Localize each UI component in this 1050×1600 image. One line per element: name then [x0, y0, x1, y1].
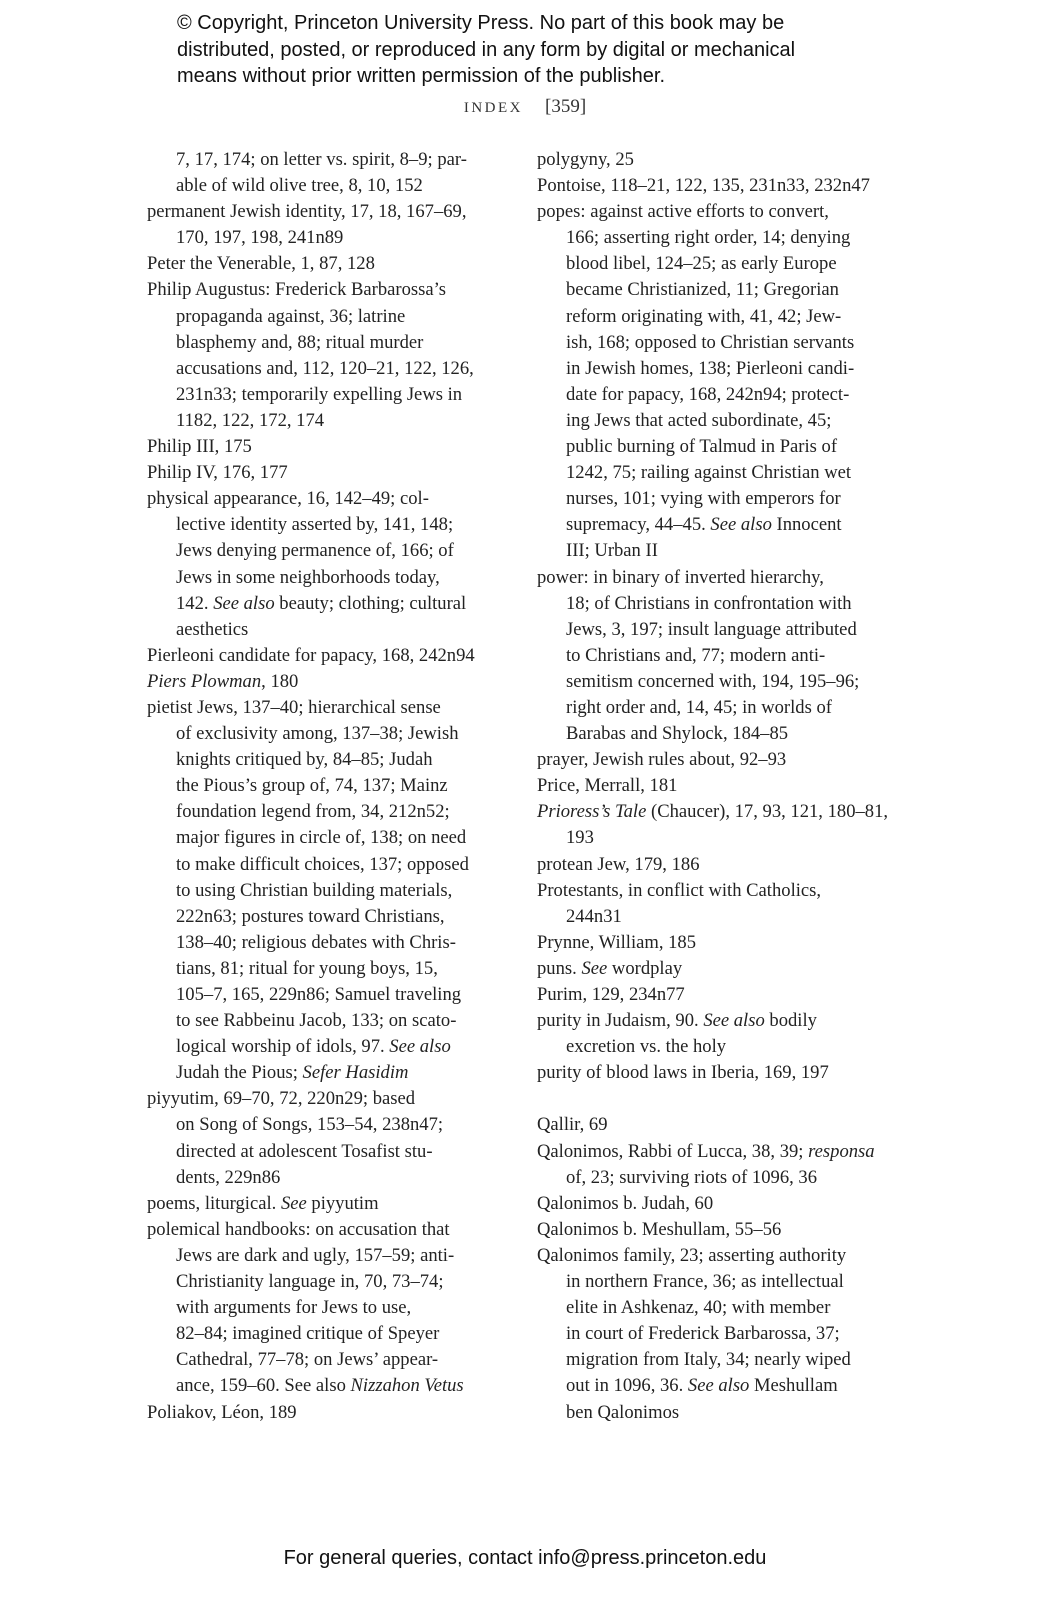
index-entry-line: in court of Frederick Barbarossa, 37; [566, 1321, 902, 1347]
index-entry-line: 138–40; religious debates with Chris- [176, 930, 507, 956]
index-entry: Pierleoni candidate for papacy, 168, 242… [147, 643, 507, 669]
index-column-left: 7, 17, 174; on letter vs. spirit, 8–9; p… [147, 147, 507, 1426]
index-entry: puns. See wordplay [537, 956, 902, 982]
index-entry-line: 142. See also beauty; clothing; cultural [176, 591, 507, 617]
index-entry-line: with arguments for Jews to use, [176, 1295, 507, 1321]
index-entry-line: Philip III, 175 [176, 434, 507, 460]
index-entry: permanent Jewish identity, 17, 18, 167–6… [147, 199, 507, 251]
index-entry-line: Prynne, William, 185 [566, 930, 902, 956]
index-entry-line: ance, 159–60. See also Nizzahon Vetus [176, 1373, 507, 1399]
index-entry-line: Qalonimos family, 23; asserting authorit… [566, 1243, 902, 1269]
index-entry-line: 82–84; imagined critique of Speyer [176, 1321, 507, 1347]
index-entry: popes: against active efforts to convert… [537, 199, 902, 564]
index-entry-line: of, 23; surviving riots of 1096, 36 [566, 1165, 902, 1191]
index-entry: Prioress’s Tale (Chaucer), 17, 93, 121, … [537, 799, 902, 851]
index-entry-line: date for papacy, 168, 242n94; protect- [566, 382, 902, 408]
page-number: [359] [545, 96, 586, 117]
index-entry: Purim, 129, 234n77 [537, 982, 902, 1008]
index-entry: purity of blood laws in Iberia, 169, 197 [537, 1060, 902, 1086]
index-entry-line: in Jewish homes, 138; Pierleoni candi- [566, 356, 902, 382]
copyright-line: © Copyright, Princeton University Press.… [177, 10, 897, 37]
index-entry-line: blasphemy and, 88; ritual murder [176, 330, 507, 356]
index-entry-line: III; Urban II [566, 538, 902, 564]
index-entry-line: nurses, 101; vying with emperors for [566, 486, 902, 512]
index-entry-line: Price, Merrall, 181 [566, 773, 902, 799]
index-entry-line: 7, 17, 174; on letter vs. spirit, 8–9; p… [176, 147, 507, 173]
index-entry-line: 1182, 122, 172, 174 [176, 408, 507, 434]
index-entry: Philip III, 175 [147, 434, 507, 460]
running-head: INDEX[359] [0, 96, 1050, 118]
index-entry-line: pietist Jews, 137–40; hierarchical sense [176, 695, 507, 721]
index-entry-line: aesthetics [176, 617, 507, 643]
index-entry-line: Jews, 3, 197; insult language attributed [566, 617, 902, 643]
index-entry-line: Poliakov, Léon, 189 [176, 1400, 507, 1426]
index-entry-line: public burning of Talmud in Paris of [566, 434, 902, 460]
index-entry: purity in Judaism, 90. See also bodilyex… [537, 1008, 902, 1060]
index-entry: Qallir, 69 [537, 1112, 902, 1138]
index-entry: piyyutim, 69–70, 72, 220n29; basedon Son… [147, 1086, 507, 1190]
index-entry-line: piyyutim, 69–70, 72, 220n29; based [176, 1086, 507, 1112]
index-entry-line: Qalonimos b. Meshullam, 55–56 [566, 1217, 902, 1243]
index-column-right: polygyny, 25Pontoise, 118–21, 122, 135, … [537, 147, 902, 1426]
index-entry-line: ish, 168; opposed to Christian servants [566, 330, 902, 356]
index-entry-line: polygyny, 25 [566, 147, 902, 173]
index-entry-line: power: in binary of inverted hierarchy, [566, 565, 902, 591]
index-entry-line: 105–7, 165, 229n86; Samuel traveling [176, 982, 507, 1008]
index-entry-line: propaganda against, 36; latrine [176, 304, 507, 330]
index-entry-line: of exclusivity among, 137–38; Jewish [176, 721, 507, 747]
index-entry-line: on Song of Songs, 153–54, 238n47; [176, 1112, 507, 1138]
index-entry-line: Purim, 129, 234n77 [566, 982, 902, 1008]
index-entry-line: Jews are dark and ugly, 157–59; anti- [176, 1243, 507, 1269]
index-entry-line: Piers Plowman, 180 [176, 669, 507, 695]
index-entry-continuation: 7, 17, 174; on letter vs. spirit, 8–9; p… [147, 147, 507, 199]
index-entry: Philip Augustus: Frederick Barbarossa’sp… [147, 277, 507, 434]
index-entry-line: 222n63; postures toward Christians, [176, 904, 507, 930]
index-entry-line: Jews in some neighborhoods today, [176, 565, 507, 591]
index-entry-line: Qallir, 69 [566, 1112, 902, 1138]
running-head-label: INDEX [464, 100, 523, 116]
index-entry-line: 18; of Christians in confrontation with [566, 591, 902, 617]
index-entry-line: accusations and, 112, 120–21, 122, 126, [176, 356, 507, 382]
index-entry-line: ing Jews that acted subordinate, 45; [566, 408, 902, 434]
index-entry: physical appearance, 16, 142–49; col-lec… [147, 486, 507, 643]
index-entry-line: directed at adolescent Tosafist stu- [176, 1139, 507, 1165]
index-entry-line: the Pious’s group of, 74, 137; Mainz [176, 773, 507, 799]
index-entry-line: 231n33; temporarily expelling Jews in [176, 382, 507, 408]
index-entry-line: 1242, 75; railing against Christian wet [566, 460, 902, 486]
index-entry-line: poems, liturgical. See piyyutim [176, 1191, 507, 1217]
index-entry: prayer, Jewish rules about, 92–93 [537, 747, 902, 773]
index-entry: Qalonimos b. Meshullam, 55–56 [537, 1217, 902, 1243]
index-entry-line: puns. See wordplay [566, 956, 902, 982]
index-entry-line: purity in Judaism, 90. See also bodily [566, 1008, 902, 1034]
index-entry-line: lective identity asserted by, 141, 148; [176, 512, 507, 538]
index-entry-line: migration from Italy, 34; nearly wiped [566, 1347, 902, 1373]
index-entry-line: Jews denying permanence of, 166; of [176, 538, 507, 564]
index-entry-line: Peter the Venerable, 1, 87, 128 [176, 251, 507, 277]
index-entry-line: out in 1096, 36. See also Meshullam [566, 1373, 902, 1399]
index-entry-line: in northern France, 36; as intellectual [566, 1269, 902, 1295]
letter-group-gap [537, 1086, 902, 1112]
index-entry-line: Protestants, in conflict with Catholics, [566, 878, 902, 904]
index-entry: power: in binary of inverted hierarchy,1… [537, 565, 902, 748]
index-entry-line: tians, 81; ritual for young boys, 15, [176, 956, 507, 982]
index-entry-line: to Christians and, 77; modern anti- [566, 643, 902, 669]
index-entry: Qalonimos b. Judah, 60 [537, 1191, 902, 1217]
index-entry-line: semitism concerned with, 194, 195–96; [566, 669, 902, 695]
index-entry-line: knights critiqued by, 84–85; Judah [176, 747, 507, 773]
index-entry-line: prayer, Jewish rules about, 92–93 [566, 747, 902, 773]
index-entry-line: logical worship of idols, 97. See also [176, 1034, 507, 1060]
index-entry-line: to using Christian building materials, [176, 878, 507, 904]
index-entry-line: Pontoise, 118–21, 122, 135, 231n33, 232n… [566, 173, 902, 199]
index-entry-line: purity of blood laws in Iberia, 169, 197 [566, 1060, 902, 1086]
index-entry: polygyny, 25 [537, 147, 902, 173]
index-entry: poems, liturgical. See piyyutim [147, 1191, 507, 1217]
index-entry-line: able of wild olive tree, 8, 10, 152 [176, 173, 507, 199]
copyright-line: means without prior written permission o… [177, 63, 897, 90]
index-entry: polemical handbooks: on accusation thatJ… [147, 1217, 507, 1400]
index-entry-line: excretion vs. the holy [566, 1034, 902, 1060]
index-entry: Poliakov, Léon, 189 [147, 1400, 507, 1426]
index-entry-line: physical appearance, 16, 142–49; col- [176, 486, 507, 512]
index-entry: pietist Jews, 137–40; hierarchical sense… [147, 695, 507, 1086]
index-entry-line: blood libel, 124–25; as early Europe [566, 251, 902, 277]
index-entry-line: foundation legend from, 34, 212n52; [176, 799, 507, 825]
index-entry-line: Qalonimos b. Judah, 60 [566, 1191, 902, 1217]
index-entry: protean Jew, 179, 186 [537, 852, 902, 878]
index-entry: Piers Plowman, 180 [147, 669, 507, 695]
index-entry-line: Judah the Pious; Sefer Hasidim [176, 1060, 507, 1086]
copyright-line: distributed, posted, or reproduced in an… [177, 37, 897, 64]
index-entry-line: Prioress’s Tale (Chaucer), 17, 93, 121, … [566, 799, 902, 825]
index-entry-line: major figures in circle of, 138; on need [176, 825, 507, 851]
index-entry-line: reform originating with, 41, 42; Jew- [566, 304, 902, 330]
index-entry-line: Pierleoni candidate for papacy, 168, 242… [176, 643, 507, 669]
index-entry-line: Qalonimos, Rabbi of Lucca, 38, 39; respo… [566, 1139, 902, 1165]
index-entry-line: ben Qalonimos [566, 1400, 902, 1426]
index-entry: Qalonimos, Rabbi of Lucca, 38, 39; respo… [537, 1139, 902, 1191]
footer-contact: For general queries, contact info@press.… [0, 1547, 1050, 1570]
index-entry-line: dents, 229n86 [176, 1165, 507, 1191]
index-entry: Pontoise, 118–21, 122, 135, 231n33, 232n… [537, 173, 902, 199]
index-entry-line: 170, 197, 198, 241n89 [176, 225, 507, 251]
index-entry-line: permanent Jewish identity, 17, 18, 167–6… [176, 199, 507, 225]
index-entry-line: to make difficult choices, 137; opposed [176, 852, 507, 878]
index-entry-line: right order and, 14, 45; in worlds of [566, 695, 902, 721]
index-entry-line: Christianity language in, 70, 73–74; [176, 1269, 507, 1295]
index-entry-line: 166; asserting right order, 14; denying [566, 225, 902, 251]
index-entry: Qalonimos family, 23; asserting authorit… [537, 1243, 902, 1426]
index-entry-line: Philip Augustus: Frederick Barbarossa’s [176, 277, 507, 303]
index-entry: Price, Merrall, 181 [537, 773, 902, 799]
index-entry: Protestants, in conflict with Catholics,… [537, 878, 902, 930]
index-entry-line: 244n31 [566, 904, 902, 930]
index-entry: Philip IV, 176, 177 [147, 460, 507, 486]
index-entry-line: popes: against active efforts to convert… [566, 199, 902, 225]
index-entry: Prynne, William, 185 [537, 930, 902, 956]
index-entry-line: Barabas and Shylock, 184–85 [566, 721, 902, 747]
index-entry: Peter the Venerable, 1, 87, 128 [147, 251, 507, 277]
index-entry-line: became Christianized, 11; Gregorian [566, 277, 902, 303]
index-entry-line: polemical handbooks: on accusation that [176, 1217, 507, 1243]
index-entry-line: elite in Ashkenaz, 40; with member [566, 1295, 902, 1321]
index-entry-line: protean Jew, 179, 186 [566, 852, 902, 878]
index-entry-line: Philip IV, 176, 177 [176, 460, 507, 486]
copyright-notice: © Copyright, Princeton University Press.… [177, 10, 897, 90]
index-entry-line: supremacy, 44–45. See also Innocent [566, 512, 902, 538]
index-entry-line: to see Rabbeinu Jacob, 133; on scato- [176, 1008, 507, 1034]
index-entry-line: Cathedral, 77–78; on Jews’ appear- [176, 1347, 507, 1373]
index-entry-line: 193 [566, 825, 902, 851]
